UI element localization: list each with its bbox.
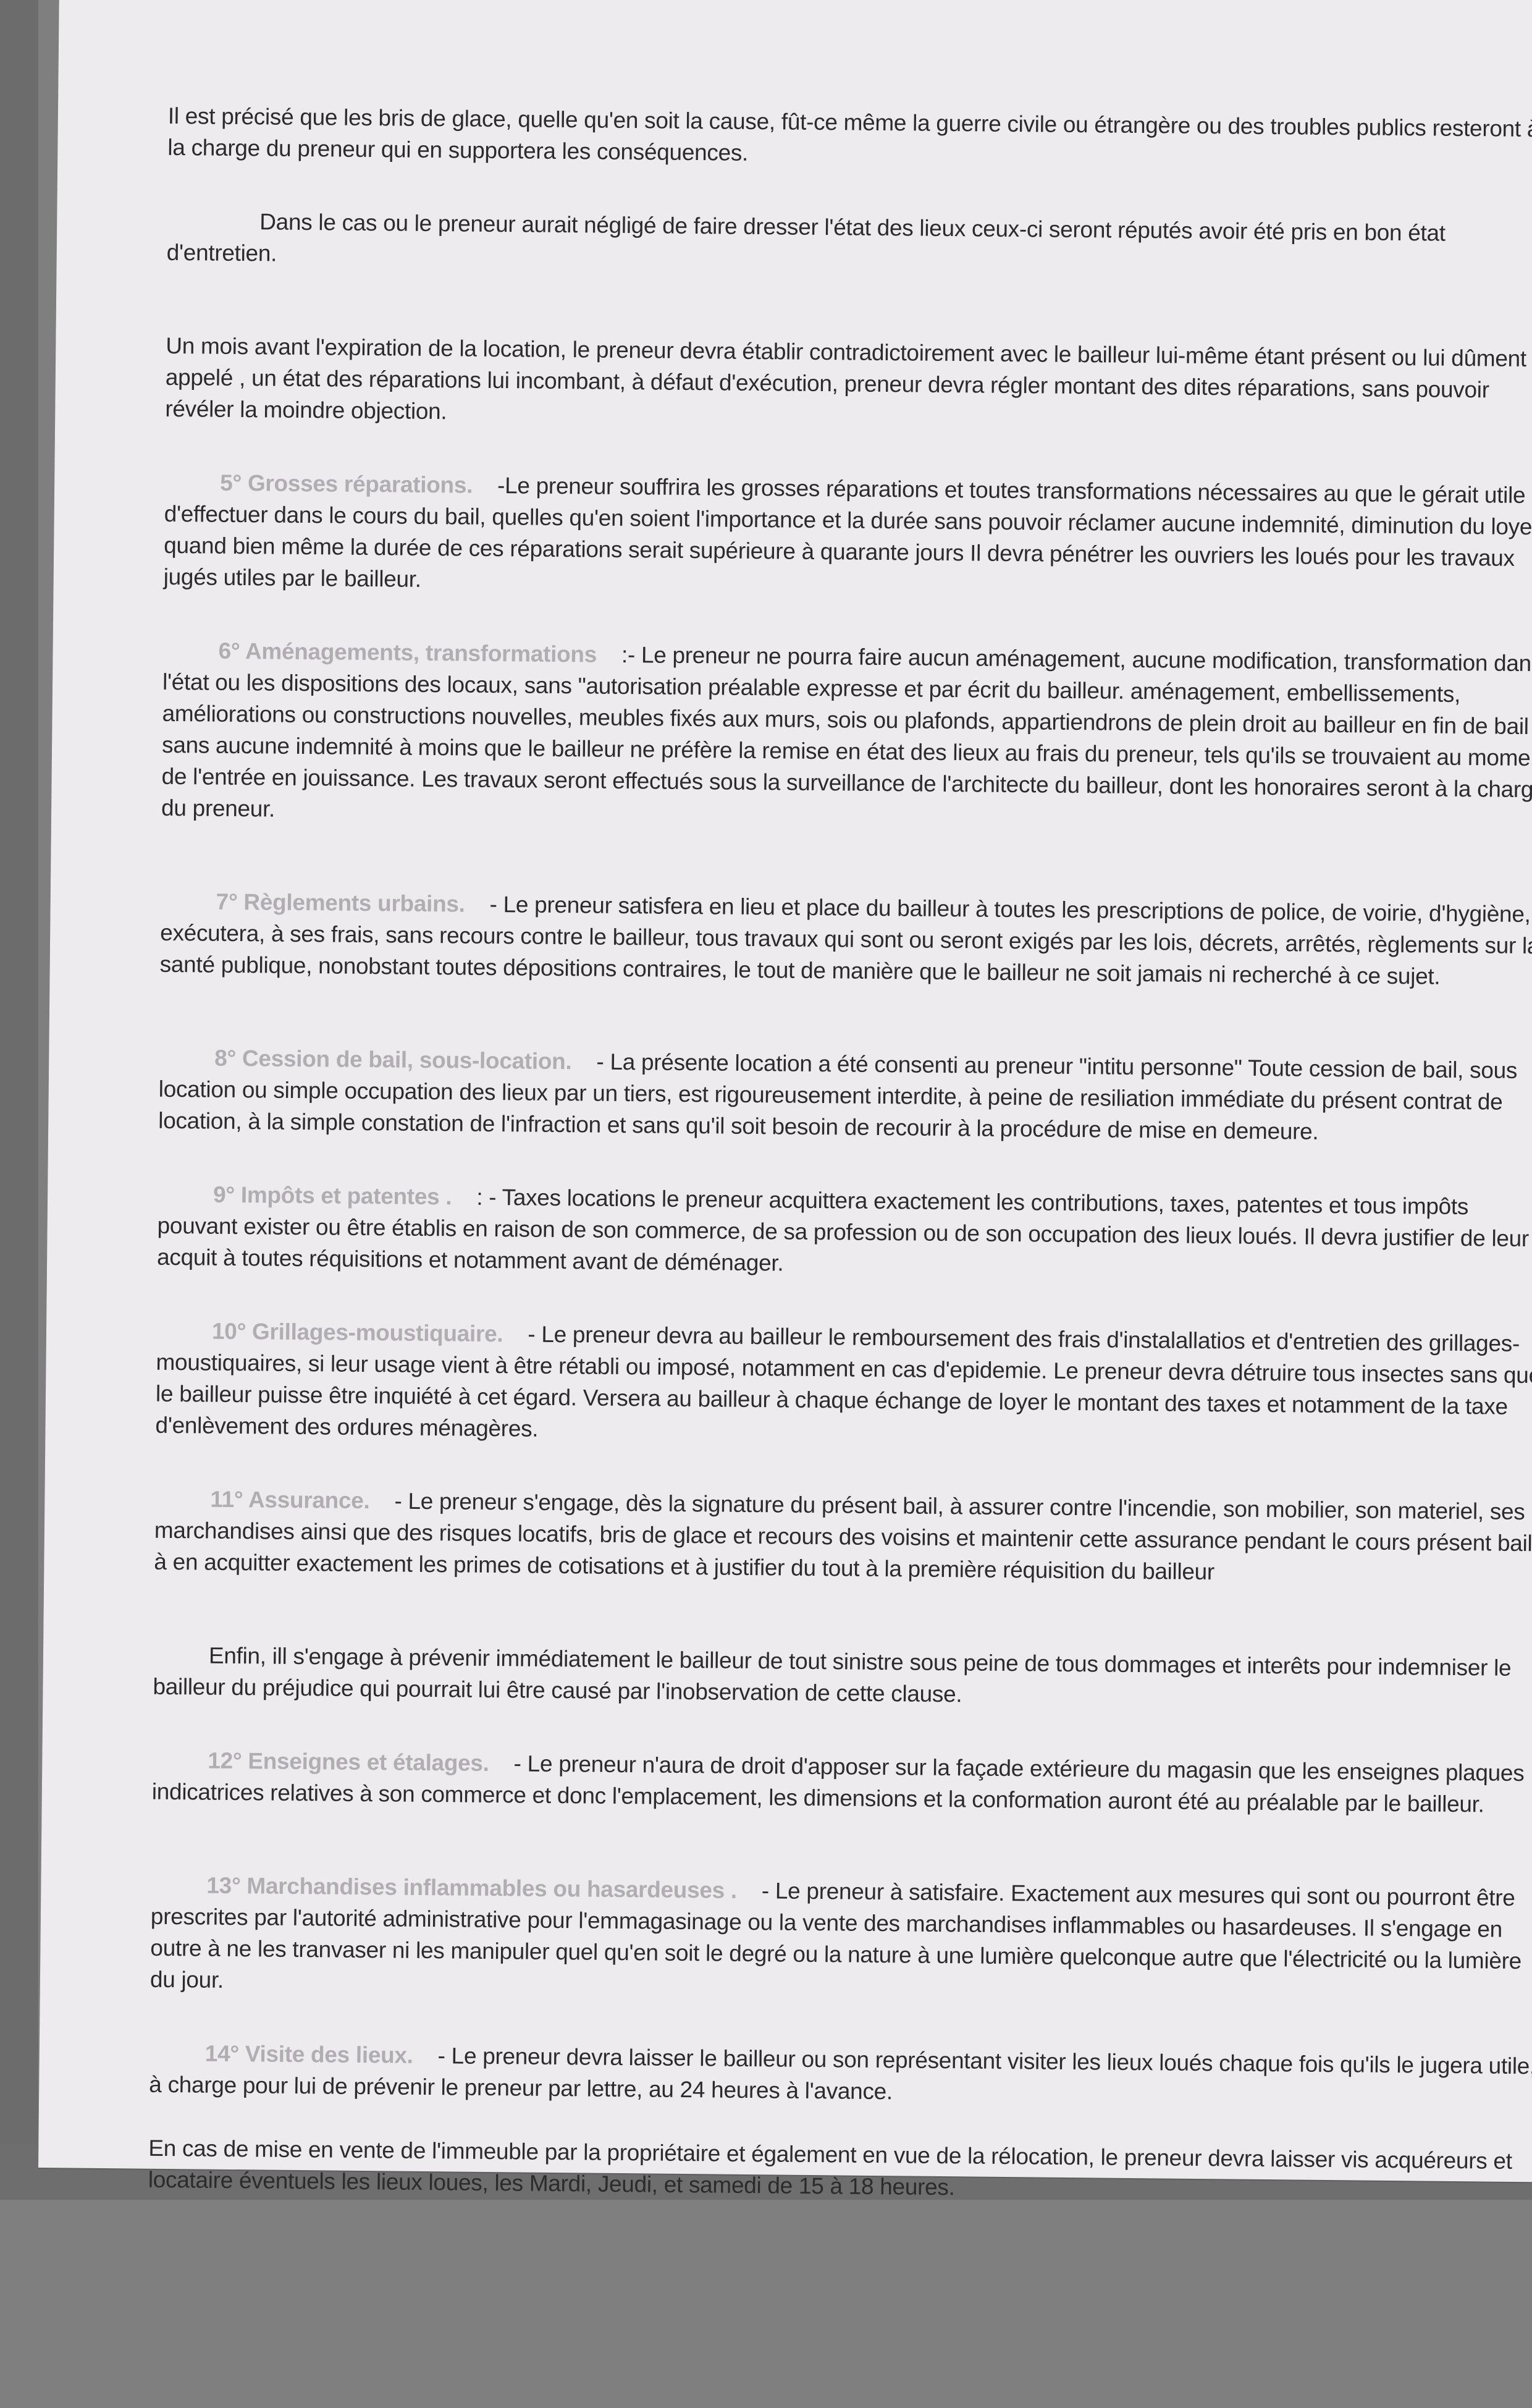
clause-7-reglements-urbains: 7° Règlements urbains.- Le preneur satis… bbox=[159, 885, 1532, 994]
clause-heading: 9° Impôts et patentes . bbox=[158, 1181, 477, 1210]
clause-heading: 14° Visite des lieux. bbox=[149, 2040, 438, 2068]
paragraph-etat-des-lieux: Dans le cas ou le preneur aurait négligé… bbox=[167, 205, 1532, 282]
clause-10-grillages-moustiquaire: 10° Grillages-moustiquaire.- Le preneur … bbox=[155, 1315, 1532, 1455]
clause-heading: 6° Aménagements, transformations bbox=[162, 638, 621, 667]
clause-heading: 8° Cession de bail, sous-location. bbox=[159, 1045, 597, 1075]
clause-text: :- Le preneur ne pourra faire aucun amén… bbox=[161, 642, 1532, 822]
clause-5-grosses-reparations: 5° Grosses réparations.-Le preneur souff… bbox=[163, 467, 1532, 606]
paragraph-bris-de-glace: Il est précisé que les bris de glace, qu… bbox=[167, 100, 1532, 177]
paragraph-text: Enfin, ill s'engage à prévenir immédiate… bbox=[153, 1643, 1511, 1707]
clause-heading: 13° Marchandises inflammables ou hasarde… bbox=[151, 1872, 762, 1903]
lease-clauses: Il est précisé que les bris de glace, qu… bbox=[148, 100, 1532, 2245]
clause-heading: 7° Règlements urbains. bbox=[160, 889, 489, 917]
paragraph-text: Un mois avant l'expiration de la locatio… bbox=[165, 333, 1526, 424]
clause-heading: 12° Enseignes et étalages. bbox=[152, 1747, 514, 1776]
clause-heading: 5° Grosses réparations. bbox=[164, 470, 497, 498]
clause-12-enseignes-et-etalages: 12° Enseignes et étalages.- Le preneur n… bbox=[152, 1744, 1532, 1821]
clause-14-visite-des-lieux: 14° Visite des lieux.- Le preneur devra … bbox=[149, 2037, 1532, 2114]
clause-6-amenagements: 6° Aménagements, transformations:- Le pr… bbox=[161, 635, 1532, 837]
paragraph-text: En cas de mise en vente de l'immeuble pa… bbox=[148, 2136, 1512, 2200]
paragraph-expiration: Un mois avant l'expiration de la locatio… bbox=[165, 330, 1532, 437]
clause-11-assurance: 11° Assurance.- Le preneur s'engage, dès… bbox=[154, 1483, 1532, 1591]
clause-heading: 10° Grillages-moustiquaire. bbox=[156, 1318, 528, 1347]
clause-8-cession-de-bail: 8° Cession de bail, sous-location.- La p… bbox=[158, 1042, 1532, 1150]
scanner-left-edge bbox=[0, 0, 38, 2181]
paragraph-text: Il est précisé que les bris de glace, qu… bbox=[167, 103, 1532, 166]
clause-13-marchandises-inflammables: 13° Marchandises inflammables ou hasarde… bbox=[150, 1869, 1532, 2009]
clause-heading: 11° Assurance. bbox=[154, 1486, 394, 1514]
paragraph-text: Dans le cas ou le preneur aurait négligé… bbox=[167, 209, 1446, 266]
scanned-page: Il est précisé que les bris de glace, qu… bbox=[38, 0, 1532, 2182]
paragraph-mise-en-vente: En cas de mise en vente de l'immeuble pa… bbox=[148, 2132, 1532, 2209]
clause-9-impots-et-patentes: 9° Impôts et patentes .: - Taxes locatio… bbox=[157, 1178, 1532, 1286]
paragraph-sinistre: Enfin, ill s'engage à prévenir immédiate… bbox=[153, 1639, 1532, 1716]
